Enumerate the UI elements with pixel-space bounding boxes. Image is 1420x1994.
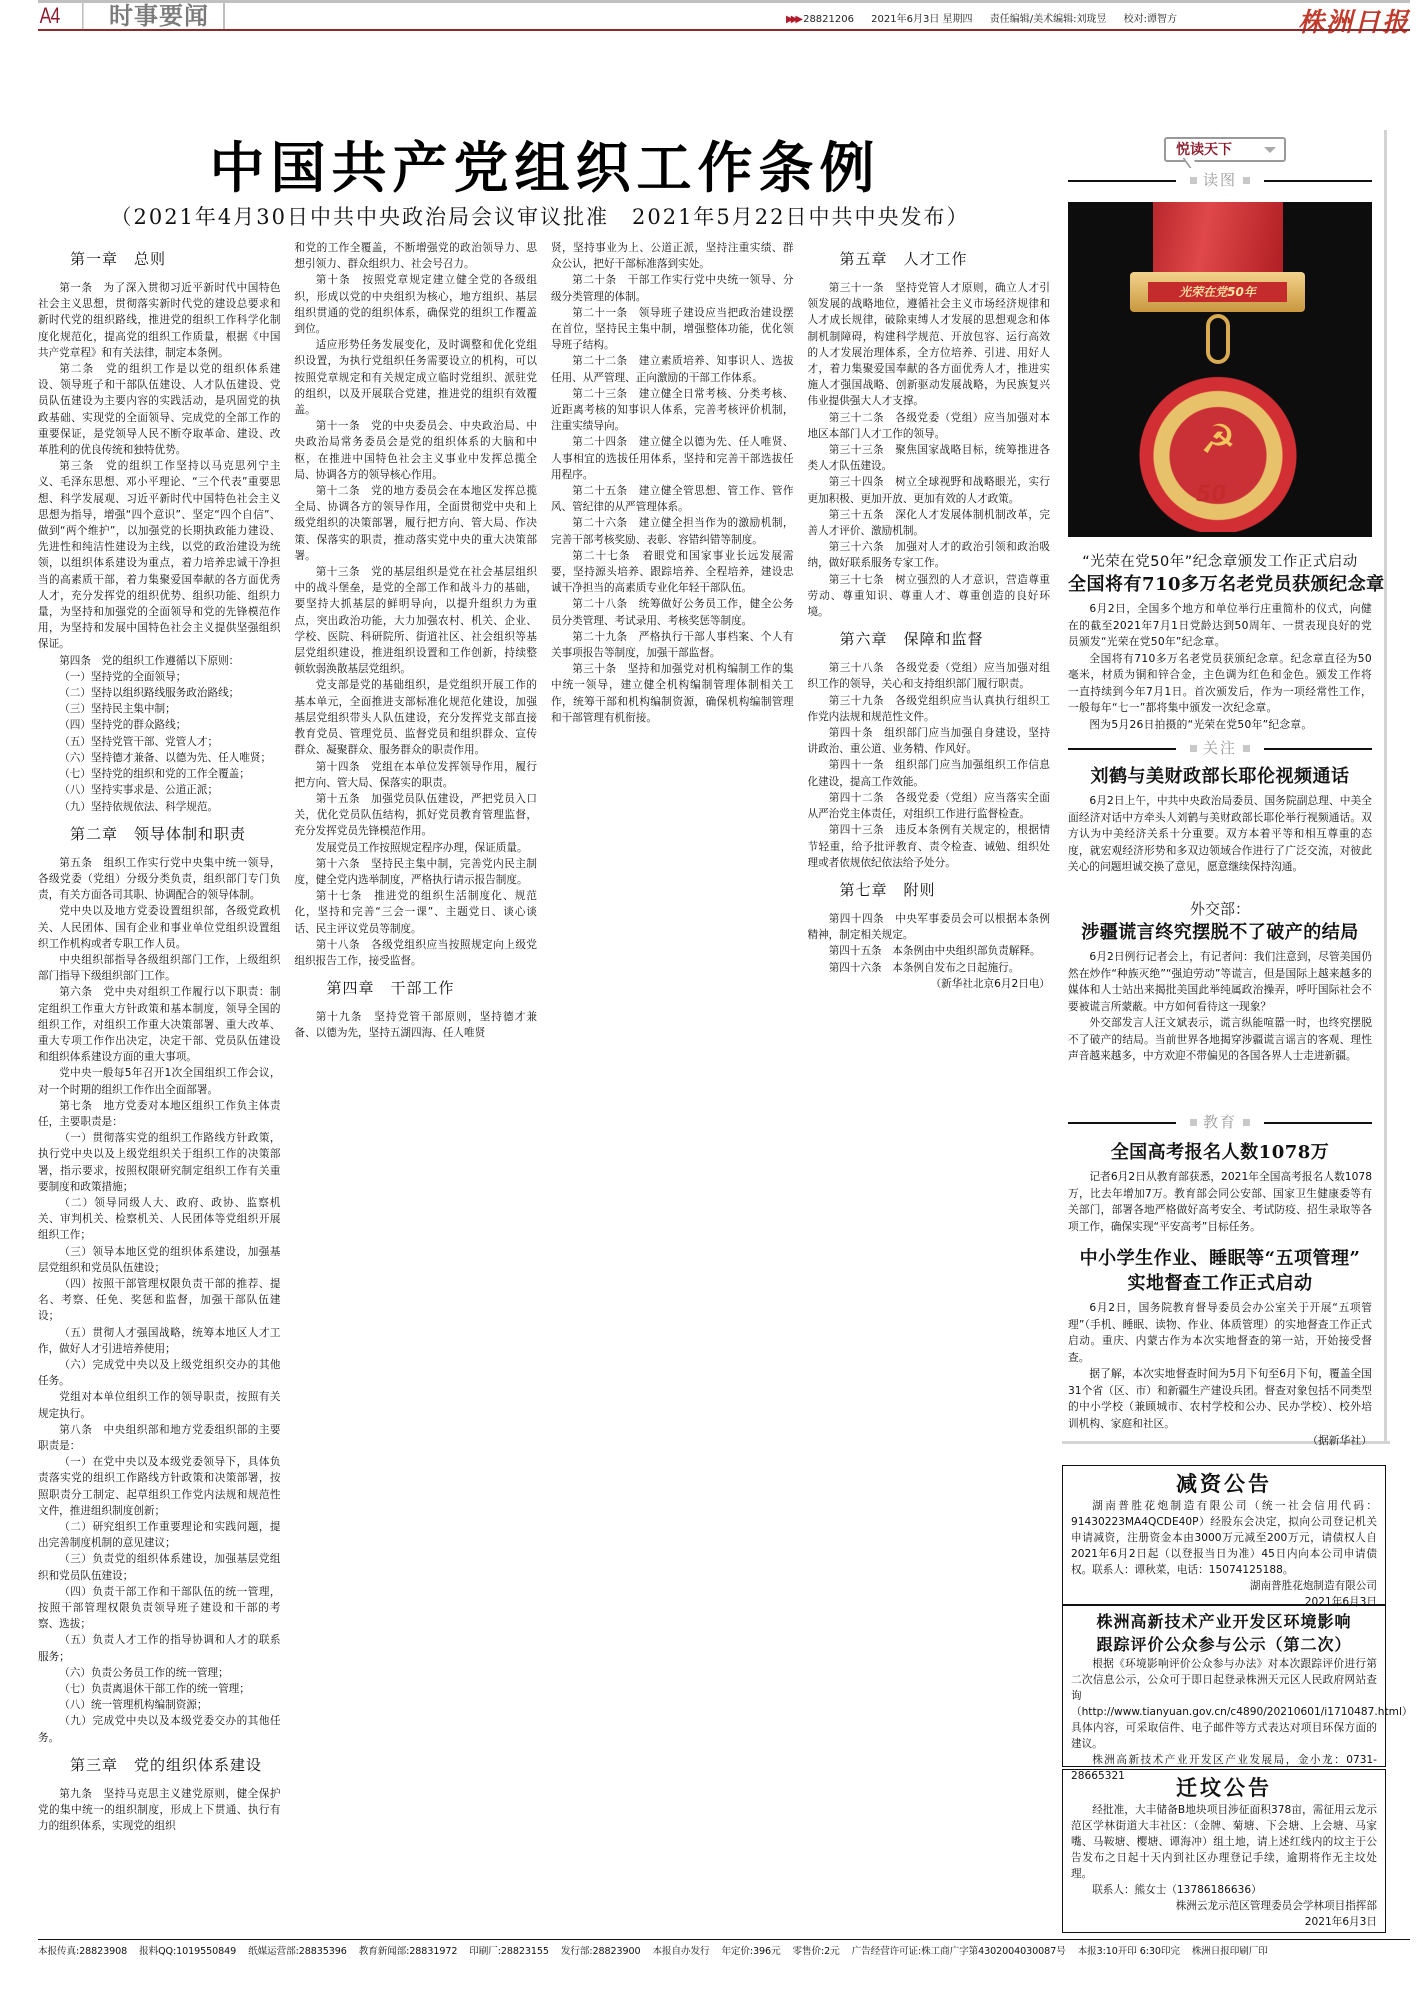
article-paragraph: 第十九条 坚持党管干部原则，坚持德才兼备、以德为先，坚持五湖四海、任人唯贤 <box>295 1009 538 1041</box>
proofreader: 校对:谭智方 <box>1124 14 1177 25</box>
paragraph: 全国将有710多万名老党员获颁纪念章。纪念章直径为50毫米，材质为铜和锌合金，主… <box>1068 651 1372 717</box>
article-paragraph: 第三十条 坚持和加强党对机构编制工作的集中统一领导，建立健全机构编制管理体制相关… <box>551 661 794 726</box>
article-paragraph: （九）坚持依规依法、科学规范。 <box>38 799 281 815</box>
footer-item: 本报3:10开印 6:30印完 <box>1078 1946 1180 1957</box>
headline-line: 实地督查工作正式启动 <box>1068 1271 1372 1296</box>
article-paragraph: 第三十三条 聚焦国家战略目标，统筹推进各类人才队伍建设。 <box>808 442 1051 474</box>
article-paragraph: 第三十一条 坚持党管人才原则，确立人才引领发展的战略地位，遵循社会主义市场经济规… <box>808 280 1051 410</box>
medal-plate-text: 光荣在党50年 <box>1148 282 1287 302</box>
article-paragraph: 第四十三条 违反本条例有关规定的，根据情节轻重，给予批评教育、责令检查、诫勉、组… <box>808 822 1051 871</box>
article-paragraph: 第六条 党中央对组织工作履行以下职责：制定组织工作重大方针政策和基本制度，领导全… <box>38 984 281 1065</box>
article-paragraph: 第三条 党的组织工作坚持以马克思列宁主义、毛泽东思想、邓小平理论、“三个代表”重… <box>38 458 281 652</box>
article-paragraph: （六）完成党中央以及上级党组织交办的其他任务。 <box>38 1357 281 1389</box>
footer-item: 教育新闻部:28831972 <box>359 1946 458 1957</box>
paragraph: 根据《环境影响评价公众参与办法》对本次跟踪评价进行第二次信息公示，公众可于即日起… <box>1071 1656 1377 1752</box>
article-paragraph: （六）坚持德才兼备、以德为先、任人唯贤； <box>38 750 281 766</box>
article-paragraph: 党组对本单位组织工作的领导职责，按照有关规定执行。 <box>38 1389 281 1421</box>
article-paragraph: 和党的工作全覆盖，不断增强党的政治领导力、思想引领力、群众组织力、社会号召力。 <box>295 240 538 272</box>
article-paragraph: （五）贯彻人才强国战略，统筹本地区人才工作，做好人才引进培养使用； <box>38 1325 281 1357</box>
footer-item: 报料QQ:1019550849 <box>139 1946 236 1957</box>
article-paragraph: 第九条 坚持马克思主义建党原则，健全保护党的集中统一的组织制度，形成上下贯通、执… <box>38 1786 281 1835</box>
masthead-meta: ▶▶▶28821206 2021年6月3日 星期四 责任编辑/美术编辑:刘珑昱 … <box>786 10 1191 25</box>
article-paragraph: 第三十七条 树立强烈的人才意识，营造尊重劳动、尊重知识、尊重人才、尊重创造的良好… <box>808 572 1051 621</box>
headline: 全国将有710多万名老党员获颁纪念章 <box>1068 572 1372 597</box>
sidebar-article-five-management: 中小学生作业、睡眠等“五项管理” 实地督查工作正式启动 6月2日，国务院教育督导… <box>1068 1246 1372 1450</box>
masthead: A4 时事要闻 ▶▶▶28821206 2021年6月3日 星期四 责任编辑/美… <box>38 0 1410 32</box>
medal-ribbon <box>1153 202 1283 272</box>
article-paragraph: 第三十九条 各级党组织应当认真执行组织工作党内法规和规范性文件。 <box>808 693 1051 725</box>
article-body: 记者6月2日从教育部获悉，2021年全国高考报名人数1078万，比去年增加7万。… <box>1068 1169 1372 1235</box>
paragraph: 6月2日上午，中共中央政治局委员、国务院副总理、中美全面经济对话中方牵头人刘鹤与… <box>1068 793 1372 876</box>
sidebar-article-medal: “光荣在党50年”纪念章颁发工作正式启动 全国将有710多万名老党员获颁纪念章 … <box>1068 552 1372 733</box>
article-paragraph: 第八条 中央组织部和地方党委组织部的主要职责是： <box>38 1422 281 1454</box>
notice-title-line: 株洲高新技术产业开发区环境影响 <box>1071 1610 1377 1633</box>
paragraph: 6月2日，国务院教育督导委员会办公室关于开展“五项管理”（手机、睡眠、读物、作业… <box>1068 1300 1372 1366</box>
medal-number: 50 <box>1196 482 1227 507</box>
article-paragraph: （六）负责公务员工作的统一管理； <box>38 1665 281 1681</box>
article-paragraph: 第二十条 干部工作实行党中央统一领导、分级分类管理的体制。 <box>551 272 794 304</box>
chapter-heading: 第二章 领导体制和职责 <box>38 823 281 845</box>
page-footer: 本报传真:28823908 报料QQ:1019550849 纸媒运营部:2883… <box>38 1939 1410 1957</box>
masthead-top-rule <box>38 0 1410 3</box>
article-paragraph: （五）坚持党管干部、党管人才； <box>38 734 281 750</box>
article-paragraph: 适应形势任务发展变化，及时调整和优化党组织设置，为执行党组织任务需要设立的机构，… <box>295 337 538 418</box>
article-paragraph: 党中央以及地方党委设置组织部，各级党政机关、人民团体、国有企业和事业单位党组织设… <box>38 903 281 952</box>
article-paragraph: 发展党员工作按照规定程序办理，保证质量。 <box>295 840 538 856</box>
chapter-heading: 第四章 干部工作 <box>295 977 538 999</box>
notice-title: 迁坟公告 <box>1071 1774 1377 1802</box>
sidebar-article-mfa: 外交部： 涉疆谎言终究摆脱不了破产的结局 6月2日例行记者会上，有记者问：我们注… <box>1068 898 1372 1065</box>
section-divider-photo: 读图 <box>1068 170 1372 190</box>
footer-item: 本报传真:28823908 <box>38 1946 127 1957</box>
article-paragraph: （一）在党中央以及本级党委领导下，具体负责落实党的组织工作路线方针政策和决策部署… <box>38 1454 281 1519</box>
notice-body: 经批准，大丰储备B地块项目涉征面积378亩，需征用云龙示范区学林街道大丰社区：（… <box>1071 1802 1377 1898</box>
sidebar-tab-label: 悦读天下 <box>1176 140 1232 160</box>
headline-line: 中小学生作业、睡眠等“五项管理” <box>1068 1246 1372 1271</box>
article-column: 第一章 总则第一条 为了深入贯彻习近平新时代中国特色社会主义思想，贯彻落实新时代… <box>38 240 281 1930</box>
article-body: 6月2日，国务院教育督导委员会办公室关于开展“五项管理”（手机、睡眠、读物、作业… <box>1068 1300 1372 1432</box>
article-paragraph: 中央组织部指导各级组织部门工作，上级组织部门指导下级组织部门工作。 <box>38 952 281 984</box>
section-label: 读图 <box>1176 170 1264 190</box>
medal-bar: 光荣在党50年 <box>1130 272 1305 312</box>
footer-item: 年定价:396元 <box>721 1946 780 1957</box>
chapter-heading: 第五章 人才工作 <box>808 248 1051 270</box>
footer-item: 广告经营许可证:株工商广字第4302004030087号 <box>852 1946 1066 1957</box>
sidebar-tab[interactable]: 悦读天下 <box>1164 137 1286 162</box>
article-paragraph: 第二十八条 统筹做好公务员工作，健全公务员分类管理、考试录用、考核奖惩等制度。 <box>551 596 794 628</box>
article-paragraph: （七）坚持党的组织和党的工作全覆盖； <box>38 766 281 782</box>
article-body: 第一章 总则第一条 为了深入贯彻习近平新时代中国特色社会主义思想，贯彻落实新时代… <box>38 240 1050 1930</box>
article-paragraph: 第二十一条 领导班子建设应当把政治建设摆在首位，坚持民主集中制，增强整体功能，优… <box>551 305 794 354</box>
article-paragraph: （三）坚持民主集中制； <box>38 701 281 717</box>
article-paragraph: （九）完成党中央以及本级党委交办的其他任务。 <box>38 1713 281 1745</box>
chapter-heading: 第六章 保障和监督 <box>808 628 1051 650</box>
article-paragraph: 第二十六条 建立健全担当作为的激励机制，完善干部考核奖励、表彰、容错纠错等制度。 <box>551 515 794 547</box>
article-paragraph: （二）领导同级人大、政府、政协、监察机关、审判机关、检察机关、人民团体等党组织开… <box>38 1195 281 1244</box>
article-paragraph: 第四十一条 组织部门应当加强组织工作信息化建设，提高工作效能。 <box>808 757 1051 789</box>
paragraph: 据了解，本次实地督查时间为5月下旬至6月下旬，覆盖全国31个省（区、市）和新疆生… <box>1068 1366 1372 1432</box>
notice-body: 湖南普胜花炮制造有限公司（统一社会信用代码：91430223MA4QCDE40P… <box>1071 1498 1377 1578</box>
triple-arrow-icon: ▶▶▶ <box>786 14 800 25</box>
article-paragraph: 第十二条 党的地方委员会在本地区发挥总揽全局、协调各方的领导作用，全面贯彻党中央… <box>295 483 538 564</box>
article-column: 和党的工作全覆盖，不断增强党的政治领导力、思想引领力、群众组织力、社会号召力。第… <box>295 240 538 1930</box>
headline: 全国高考报名人数1078万 <box>1068 1140 1372 1165</box>
footer-item: 本报自办发行 <box>653 1946 710 1957</box>
footer-item: 印刷厂:28823155 <box>469 1946 549 1957</box>
article-column: 贤，坚持事业为上、公道正派，坚持注重实绩、群众公认，把好干部标准落到实处。第二十… <box>551 240 794 1930</box>
article-paragraph: 第四十六条 本条例自发布之日起施行。 <box>808 960 1051 976</box>
headline: 涉疆谎言终究摆脱不了破产的结局 <box>1068 920 1372 945</box>
source-credit: （据新华社） <box>1068 1432 1372 1450</box>
paragraph: 6月2日，全国多个地方和单位举行庄重简朴的仪式，向健在的截至2021年7月1日党… <box>1068 601 1372 651</box>
chapter-heading: 第三章 党的组织体系建设 <box>38 1754 281 1776</box>
footer-item: 零售价:2元 <box>793 1946 840 1957</box>
article-paragraph: 第四十二条 各级党委（党组）应当落实全面从严治党主体责任，对组织工作进行监督检查… <box>808 790 1051 822</box>
article-paragraph: 第三十五条 深化人才发展体制机制改革，完善人才评价、激励机制。 <box>808 507 1051 539</box>
section-label: 教育 <box>1176 1112 1264 1132</box>
article-paragraph: （四）负责干部工作和干部队伍的统一管理，按照干部管理权限负责领导班子建设和干部的… <box>38 1584 281 1633</box>
article-subtitle: （2021年4月30日中共中央政治局会议审议批准 2021年5月22日中共中央发… <box>30 201 1050 231</box>
article-paragraph: （八）坚持实事求是、公道正派； <box>38 782 281 798</box>
section-divider-focus: 关注 <box>1068 738 1372 758</box>
notice-title-line: 跟踪评价公众参与公示（第二次） <box>1071 1633 1377 1656</box>
article-paragraph: （四）按照干部管理权限负责干部的推荐、提名、考察、任免、奖惩和监督，加强干部队伍… <box>38 1276 281 1325</box>
article-paragraph: 第七条 地方党委对本地区组织工作负主体责任，主要职责是： <box>38 1098 281 1130</box>
newspaper-logo: 株洲日报 <box>1298 2 1410 39</box>
article-paragraph: 第三十八条 各级党委（党组）应当加强对组织工作的领导，关心和支持组织部门履行职责… <box>808 660 1051 692</box>
notice-title: 减资公告 <box>1071 1470 1377 1498</box>
notice-environment: 株洲高新技术产业开发区环境影响 跟踪评价公众参与公示（第二次） 根据《环境影响评… <box>1062 1605 1386 1767</box>
hammer-sickle-icon: ☭ <box>1192 414 1244 466</box>
issue-date: 2021年6月3日 星期四 <box>871 14 972 25</box>
article-paragraph: 第二条 党的组织工作是以党的组织体系建设、领导班子和干部队伍建设、人才队伍建设、… <box>38 361 281 458</box>
editors: 责任编辑/美术编辑:刘珑昱 <box>990 14 1107 25</box>
article-paragraph: （七）负责离退休干部工作的统一管理； <box>38 1681 281 1697</box>
article-paragraph: 第十六条 坚持民主集中制，完善党内民主制度，健全党内选举制度，严格执行请示报告制… <box>295 856 538 888</box>
article-paragraph: （五）负责人才工作的指导协调和人才的联系服务； <box>38 1632 281 1664</box>
hotline: 28821206 <box>803 14 854 25</box>
chapter-heading: 第七章 附则 <box>808 879 1051 901</box>
article-paragraph: 第十三条 党的基层组织是党在社会基层组织中的战斗堡垒，是党的全部工作和战斗力的基… <box>295 564 538 677</box>
chapter-heading: 第一章 总则 <box>38 248 281 270</box>
article-paragraph: 第十四条 党组在本单位发挥领导作用，履行把方向、管大局、保落实的职责。 <box>295 759 538 791</box>
article-paragraph: 第四十四条 中央军事委员会可以根据本条例精神，制定相关规定。 <box>808 911 1051 943</box>
paragraph: 湖南普胜花炮制造有限公司（统一社会信用代码：91430223MA4QCDE40P… <box>1071 1498 1377 1578</box>
article-paragraph: 第四十五条 本条例由中央组织部负责解释。 <box>808 943 1051 959</box>
sidebar-article-gaokao: 全国高考报名人数1078万 记者6月2日从教育部获悉，2021年全国高考报名人数… <box>1068 1140 1372 1235</box>
sidebar-article-liuhe: 刘鹤与美财政部长耶伦视频通话 6月2日上午，中共中央政治局委员、国务院副总理、中… <box>1068 764 1372 876</box>
article-body: 6月2日上午，中共中央政治局委员、国务院副总理、中美全面经济对话中方牵头人刘鹤与… <box>1068 793 1372 876</box>
article-paragraph: 第二十二条 建立素质培养、知事识人、选拔任用、从严管理、正向激励的干部工作体系。 <box>551 353 794 385</box>
article-paragraph: （三）负责党的组织体系建设，加强基层党组织和党员队伍建设； <box>38 1551 281 1583</box>
article-paragraph: 第二十九条 严格执行干部人事档案、个人有关事项报告等制度，加强干部监督。 <box>551 629 794 661</box>
article-paragraph: 第二十三条 建立健全日常考核、分类考核、近距离考核的知事识人体系，完善考核评价机… <box>551 386 794 435</box>
article-paragraph: 第三十二条 各级党委（党组）应当加强对本地区本部门人才工作的领导。 <box>808 410 1051 442</box>
notice-grave-relocation: 迁坟公告 经批准，大丰储备B地块项目涉征面积378亩，需征用云龙示范区学林街道大… <box>1062 1769 1386 1933</box>
paragraph: 记者6月2日从教育部获悉，2021年全国高考报名人数1078万，比去年增加7万。… <box>1068 1169 1372 1235</box>
headline: 刘鹤与美财政部长耶伦视频通话 <box>1068 764 1372 789</box>
article-paragraph: 贤，坚持事业为上、公道正派，坚持注重实绩、群众公认，把好干部标准落到实处。 <box>551 240 794 272</box>
article-paragraph: （三）领导本地区党的组织体系建设，加强基层党组织和党员队伍建设； <box>38 1244 281 1276</box>
article-paragraph: （八）统一管理机构编制资源； <box>38 1697 281 1713</box>
article-paragraph: 第四十条 组织部门应当加强自身建设，坚持讲政治、重公道、业务精、作风好。 <box>808 725 1051 757</box>
article-paragraph: 第三十六条 加强对人才的政治引领和政治吸纳，做好联系服务专家工作。 <box>808 539 1051 571</box>
notice-body: 根据《环境影响评价公众参与办法》对本次跟踪评价进行第二次信息公示，公众可于即日起… <box>1071 1656 1377 1784</box>
dropdown-caret-icon <box>1264 147 1276 153</box>
article-paragraph: 第四条 党的组织工作遵循以下原则： <box>38 653 281 669</box>
medal-star: ☭ 50 <box>1108 362 1328 532</box>
article-paragraph: 第二十七条 着眼党和国家事业长远发展需要，坚持源头培养、跟踪培养、全程培养，建设… <box>551 548 794 597</box>
article-paragraph: （二）研究组织工作重要理论和实践问题，提出完善制度机制的意见建议； <box>38 1519 281 1551</box>
section-name: 时事要闻 <box>95 3 225 29</box>
article-paragraph: 党支部是党的基础组织，是党组织开展工作的基本单元，全面推进支部标准化规范化建设，… <box>295 677 538 758</box>
article-paragraph: 第二十五条 建立健全管思想、管工作、管作风、管纪律的从严管理体系。 <box>551 483 794 515</box>
article-paragraph: （一）坚持党的全面领导； <box>38 669 281 685</box>
article-body: 6月2日例行记者会上，有记者问：我们注意到，尽管美国仍然在炒作“种族灭绝”“强迫… <box>1068 949 1372 1065</box>
article-paragraph: 第一条 为了深入贯彻习近平新时代中国特色社会主义思想，贯彻落实新时代党的建设总要… <box>38 280 281 361</box>
article-paragraph: （四）坚持党的群众路线； <box>38 717 281 733</box>
article-title: 中国共产党组织工作条例 <box>40 137 1050 199</box>
paragraph: 经批准，大丰储备B地块项目涉征面积378亩，需征用云龙示范区学林街道大丰社区：（… <box>1071 1802 1377 1882</box>
notice-signature: 湖南普胜花炮制造有限公司 <box>1071 1578 1377 1594</box>
article-paragraph: 第二十四条 建立健全以德为先、任人唯贤、人事相宜的选拔任用体系，坚持和完善干部选… <box>551 434 794 483</box>
article-paragraph: 第十五条 加强党员队伍建设，严把党员入口关，优化党员队伍结构，抓好党员教育管理监… <box>295 791 538 840</box>
paragraph: 联系人：熊女士（13786186636） <box>1071 1882 1377 1898</box>
sidebar-edge <box>1384 1205 1387 1444</box>
article-paragraph: （一）贯彻落实党的组织工作路线方针政策，执行党中央以及上级党组织关于组织工作的决… <box>38 1130 281 1195</box>
article-paragraph: 第十七条 推进党的组织生活制度化、规范化，坚持和完善“三会一课”、主题党日、谈心… <box>295 888 538 937</box>
article-paragraph: 第十条 按照党章规定建立健全党的各级组织，形成以党的中央组织为核心，地方组织、基… <box>295 272 538 337</box>
kicker: “光荣在党50年”纪念章颁发工作正式启动 <box>1068 552 1372 572</box>
section-divider-education: 教育 <box>1068 1112 1372 1132</box>
notice-date: 2021年6月3日 <box>1071 1914 1377 1930</box>
footer-item: 株洲日报印刷厂印 <box>1192 1946 1268 1957</box>
article-paragraph: （二）坚持以组织路线服务政治路线； <box>38 685 281 701</box>
dateline: （新华社北京6月2日电） <box>808 976 1051 992</box>
article-paragraph: 第十八条 各级党组织应当按照规定向上级党组织报告工作，接受监督。 <box>295 937 538 969</box>
paragraph: 6月2日例行记者会上，有记者问：我们注意到，尽管美国仍然在炒作“种族灭绝”“强迫… <box>1068 949 1372 1015</box>
article-column: 第五章 人才工作第三十一条 坚持党管人才原则，确立人才引领发展的战略地位，遵循社… <box>808 240 1051 1930</box>
footer-item: 纸媒运营部:28835396 <box>248 1946 347 1957</box>
paragraph: 外交部发言人汪文斌表示，谎言纵能喧嚣一时，也终究摆脱不了破产的结局。当前世界各地… <box>1068 1015 1372 1065</box>
paragraph: 图为5月26日拍摄的“光荣在党50年”纪念章。 <box>1068 717 1372 734</box>
article-paragraph: 第五条 组织工作实行党中央集中统一领导，各级党委（党组）分级分类负责，组织部门专… <box>38 855 281 904</box>
article-paragraph: 党中央一般每5年召开1次全国组织工作会议，对一个时期的组织工作作出全面部署。 <box>38 1065 281 1097</box>
medal-photo: 光荣在党50年 ☭ 50 <box>1068 202 1372 537</box>
medal-loop <box>1206 314 1230 364</box>
page-number: A4 <box>38 3 84 29</box>
notice-capital-reduction: 减资公告 湖南普胜花炮制造有限公司（统一社会信用代码：91430223MA4QC… <box>1062 1465 1386 1605</box>
article-paragraph: 第十一条 党的中央委员会、中央政治局、中央政治局常务委员会是党的组织体系的大脑和… <box>295 418 538 483</box>
section-label: 关注 <box>1176 738 1264 758</box>
notice-signature: 株洲云龙示范区管理委员会学林项目指挥部 <box>1071 1898 1377 1914</box>
article-paragraph: 第三十四条 树立全球视野和战略眼光，实行更加积极、更加开放、更加有效的人才政策。 <box>808 474 1051 506</box>
article-body: 6月2日，全国多个地方和单位举行庄重简朴的仪式，向健在的截至2021年7月1日党… <box>1068 601 1372 733</box>
masthead-bottom-rule <box>38 29 1410 31</box>
kicker: 外交部： <box>1068 898 1372 920</box>
footer-item: 发行部:28823900 <box>561 1946 641 1957</box>
